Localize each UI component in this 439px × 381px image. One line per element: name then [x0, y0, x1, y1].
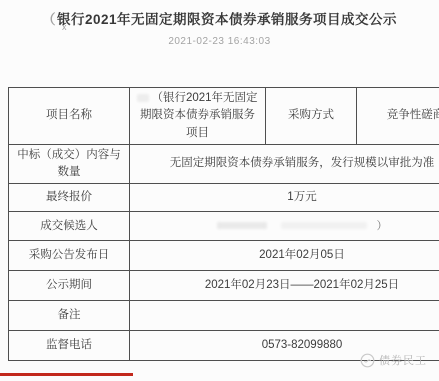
row-value [130, 301, 439, 331]
value-redaction-remnant: （ [151, 92, 163, 104]
row-value: 无固定期限资本债券承销服务，发行规模以审批为准 [130, 144, 439, 184]
watermark-label: 债券民工 [379, 352, 427, 368]
redaction-blur [281, 222, 367, 229]
redaction-blur [137, 94, 149, 102]
row-label: 最终报价 [9, 184, 130, 212]
title-redaction-remnant: （ [42, 12, 56, 27]
row-label: 备注 [9, 301, 130, 331]
table-row-announcement-date: 采购公告发布日 2021年02月05日 [9, 241, 439, 271]
page-title-text: 银行2021年无固定期限资本债券承销服务项目成交公示 [57, 12, 397, 27]
row-label: 成交候选人 [9, 212, 130, 241]
page-title: （银行2021年无固定期限资本债券承销服务项目成交公示 [0, 8, 439, 28]
winning-candidate-cell: ） [130, 212, 439, 241]
watermark: 债券民工 [360, 352, 427, 368]
row-label: 中标（成交）内容与数量 [9, 144, 130, 184]
watermark-logo-icon [360, 353, 375, 368]
row-value: 2021年02月23日——2021年02月25日 [130, 271, 439, 301]
table-row-project-name: 项目名称 （银行2021年无固定期限资本债券承销服务项目 采购方式 竞争性磋商 [9, 88, 439, 145]
table-row-remarks: 备注 [9, 301, 439, 331]
candidate-redaction-remnant: ） [377, 220, 388, 232]
announcement-table: 项目名称 （银行2021年无固定期限资本债券承销服务项目 采购方式 竞争性磋商 … [8, 87, 439, 361]
project-name-value: （银行2021年无固定期限资本债券承销服务项目 [130, 88, 266, 145]
table-row-final-quote: 最终报价 1万元 [9, 184, 439, 212]
row-value: 1万元 [130, 184, 439, 212]
row-label: 公示期间 [9, 271, 130, 301]
row-value: 2021年02月05日 [130, 241, 439, 271]
project-name-label: 项目名称 [9, 88, 130, 145]
redaction-blur [217, 222, 267, 229]
publish-timestamp: 2021-02-23 16:43:03 [0, 36, 439, 47]
procurement-method-label: 采购方式 [266, 88, 357, 145]
table-row-winning-candidate: 成交候选人 ） [9, 212, 439, 241]
row-label: 采购公告发布日 [9, 241, 130, 271]
bottom-red-divider [0, 373, 133, 376]
announcement-page: x （银行2021年无固定期限资本债券承销服务项目成交公示 2021-02-23… [0, 0, 439, 381]
procurement-method-value: 竞争性磋商 [357, 88, 439, 145]
table-row-publicity-period: 公示期间 2021年02月23日——2021年02月25日 [9, 271, 439, 301]
table-row-bid-content: 中标（成交）内容与数量 无固定期限资本债券承销服务，发行规模以审批为准 [9, 144, 439, 184]
row-label: 监督电话 [9, 331, 130, 361]
